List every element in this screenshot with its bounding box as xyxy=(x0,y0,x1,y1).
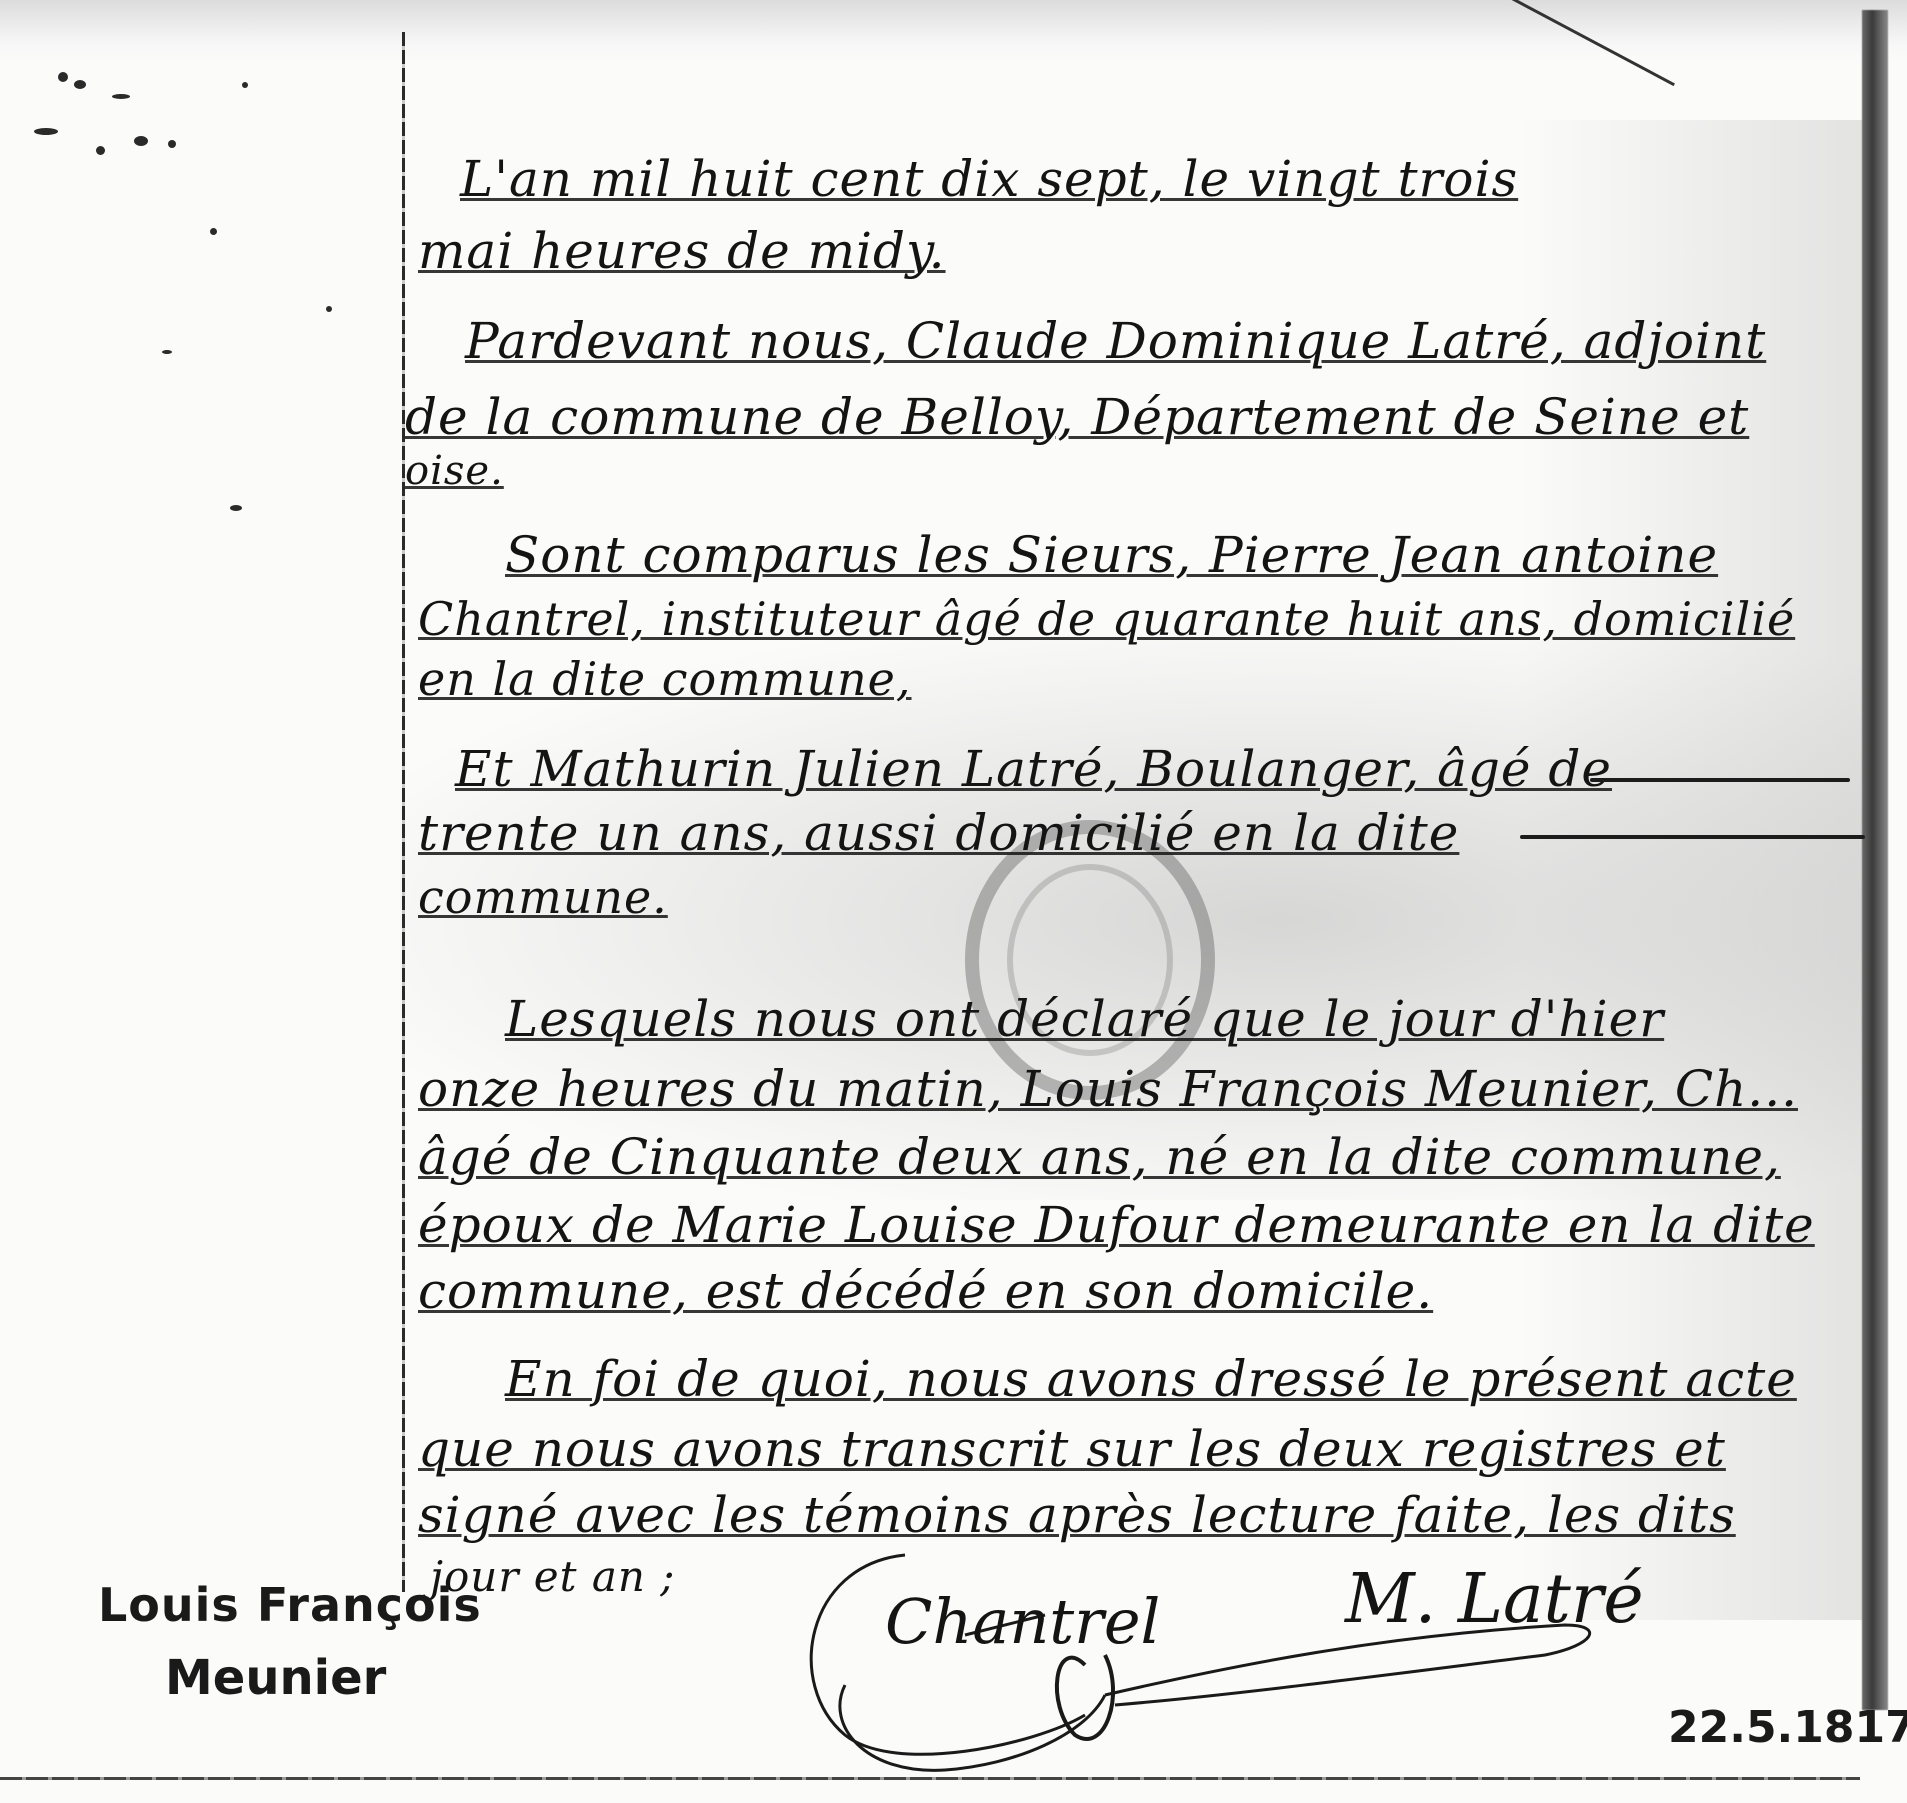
photocopy-speck xyxy=(134,136,148,146)
photocopy-speck xyxy=(58,72,68,82)
record-line: mai heures de midy. xyxy=(418,222,946,280)
photocopy-speck xyxy=(162,350,172,354)
photocopy-speck xyxy=(210,228,217,235)
photocopy-speck xyxy=(326,306,332,312)
photocopy-speck xyxy=(112,94,130,99)
margin-annotation-surname: Meunier xyxy=(165,1650,386,1706)
record-line: époux de Marie Louise Dufour demeurante … xyxy=(418,1196,1815,1254)
record-line: Et Mathurin Julien Latré, Boulanger, âgé… xyxy=(455,740,1612,798)
record-line: Sont comparus les Sieurs, Pierre Jean an… xyxy=(505,526,1718,584)
record-line: signé avec les témoins après lecture fai… xyxy=(418,1486,1736,1544)
record-line: En foi de quoi, nous avons dressé le pré… xyxy=(505,1350,1797,1408)
record-line: commune. xyxy=(418,870,668,924)
fill-line xyxy=(1590,778,1850,782)
page-right-edge xyxy=(1862,10,1888,1710)
official-signature: M. Latré xyxy=(1345,1560,1644,1639)
register-margin-rule xyxy=(402,32,405,1592)
photocopy-top-band xyxy=(0,0,1907,60)
official-seal-stamp xyxy=(965,820,1215,1100)
record-line: commune, est décédé en son domicile. xyxy=(418,1262,1433,1320)
photocopy-speck xyxy=(96,146,105,155)
photocopy-speck xyxy=(242,82,248,88)
record-line: Pardevant nous, Claude Dominique Latré, … xyxy=(465,312,1766,370)
record-line: en la dite commune, xyxy=(418,652,912,706)
record-line: onze heures du matin, Louis François Meu… xyxy=(418,1060,1798,1118)
record-line: Lesquels nous ont déclaré que le jour d'… xyxy=(505,990,1664,1048)
fill-line xyxy=(1520,835,1865,839)
record-line: Chantrel, instituteur âgé de quarante hu… xyxy=(418,592,1795,646)
record-line: oise. xyxy=(405,448,504,494)
record-line: L'an mil huit cent dix sept, le vingt tr… xyxy=(460,150,1518,208)
photocopy-speck xyxy=(34,128,58,135)
record-line: de la commune de Belloy, Département de … xyxy=(405,388,1749,446)
record-line: que nous avons transcrit sur les deux re… xyxy=(418,1420,1726,1478)
photocopy-speck xyxy=(74,80,86,89)
photocopy-speck xyxy=(230,505,242,511)
record-line: trente un ans, aussi domicilié en la dit… xyxy=(418,804,1459,862)
margin-annotation-name: Louis François xyxy=(98,1578,482,1632)
witness-signature: Chantrel xyxy=(885,1585,1160,1658)
photocopy-speck xyxy=(168,140,176,148)
scanned-document-page: L'an mil huit cent dix sept, le vingt tr… xyxy=(0,0,1907,1803)
corner-date-annotation: 22.5.1817 xyxy=(1668,1702,1907,1753)
record-line: âgé de Cinquante deux ans, né en la dite… xyxy=(418,1128,1781,1186)
